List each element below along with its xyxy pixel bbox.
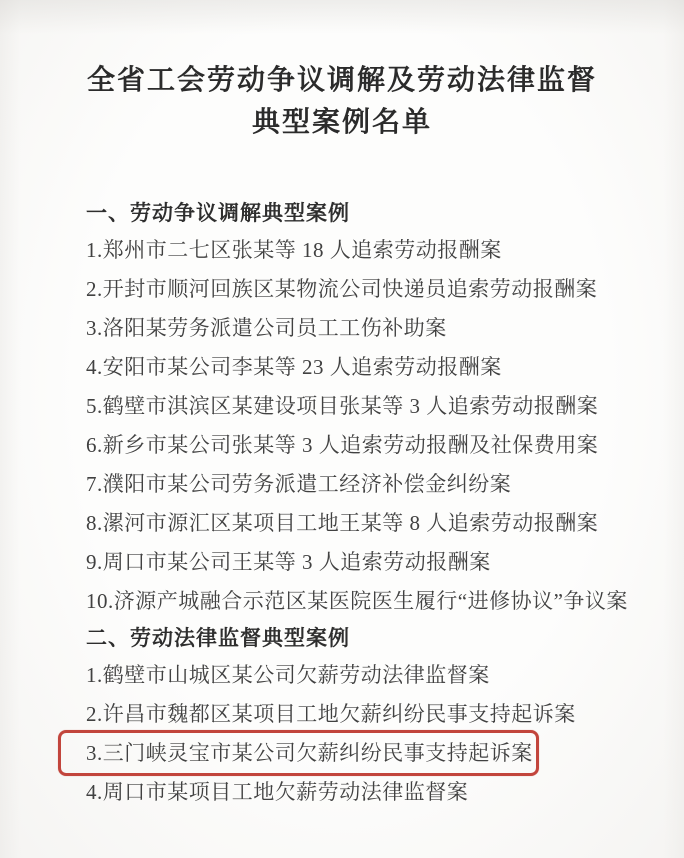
case-item: 4.周口市某项目工地欠薪劳动法律监督案 [86,773,648,812]
case-item: 7.濮阳市某公司劳务派遣工经济补偿金纠纷案 [86,465,648,504]
section-heading-mediation: 一、劳动争议调解典型案例 [86,197,648,231]
case-item: 5.鹤壁市淇滨区某建设项目张某等 3 人追索劳动报酬案 [86,387,648,426]
case-list-mediation: 1.郑州市二七区张某等 18 人追索劳动报酬案 2.开封市顺河回族区某物流公司快… [86,231,648,621]
document-title-line-2: 典型案例名单 [0,102,684,144]
document-title: 全省工会劳动争议调解及劳动法律监督 典型案例名单 [0,0,684,144]
case-item: 8.漯河市源汇区某项目工地王某等 8 人追索劳动报酬案 [86,504,648,543]
section-heading-supervision: 二、劳动法律监督典型案例 [86,622,648,656]
case-item: 9.周口市某公司王某等 3 人追索劳动报酬案 [86,543,648,582]
document-page: 全省工会劳动争议调解及劳动法律监督 典型案例名单 一、劳动争议调解典型案例 1.… [0,0,684,858]
case-list-supervision: 1.鹤壁市山城区某公司欠薪劳动法律监督案 2.许昌市魏都区某项目工地欠薪纠纷民事… [86,656,648,812]
case-item: 1.鹤壁市山城区某公司欠薪劳动法律监督案 [86,656,648,695]
case-item-highlighted-text: 3.三门峡灵宝市某公司欠薪纠纷民事支持起诉案 [86,741,533,765]
case-item-highlighted: 3.三门峡灵宝市某公司欠薪纠纷民事支持起诉案 [86,734,648,773]
document-title-line-1: 全省工会劳动争议调解及劳动法律监督 [0,60,684,102]
case-item: 6.新乡市某公司张某等 3 人追索劳动报酬及社保费用案 [86,426,648,465]
case-item: 2.许昌市魏都区某项目工地欠薪纠纷民事支持起诉案 [86,695,648,734]
case-item: 4.安阳市某公司李某等 23 人追索劳动报酬案 [86,348,648,387]
document-body: 一、劳动争议调解典型案例 1.郑州市二七区张某等 18 人追索劳动报酬案 2.开… [86,197,648,812]
case-item: 2.开封市顺河回族区某物流公司快递员追索劳动报酬案 [86,270,648,309]
case-item: 3.洛阳某劳务派遣公司员工工伤补助案 [86,309,648,348]
case-item: 10.济源产城融合示范区某医院医生履行“进修协议”争议案 [86,582,648,621]
case-item: 1.郑州市二七区张某等 18 人追索劳动报酬案 [86,231,648,270]
